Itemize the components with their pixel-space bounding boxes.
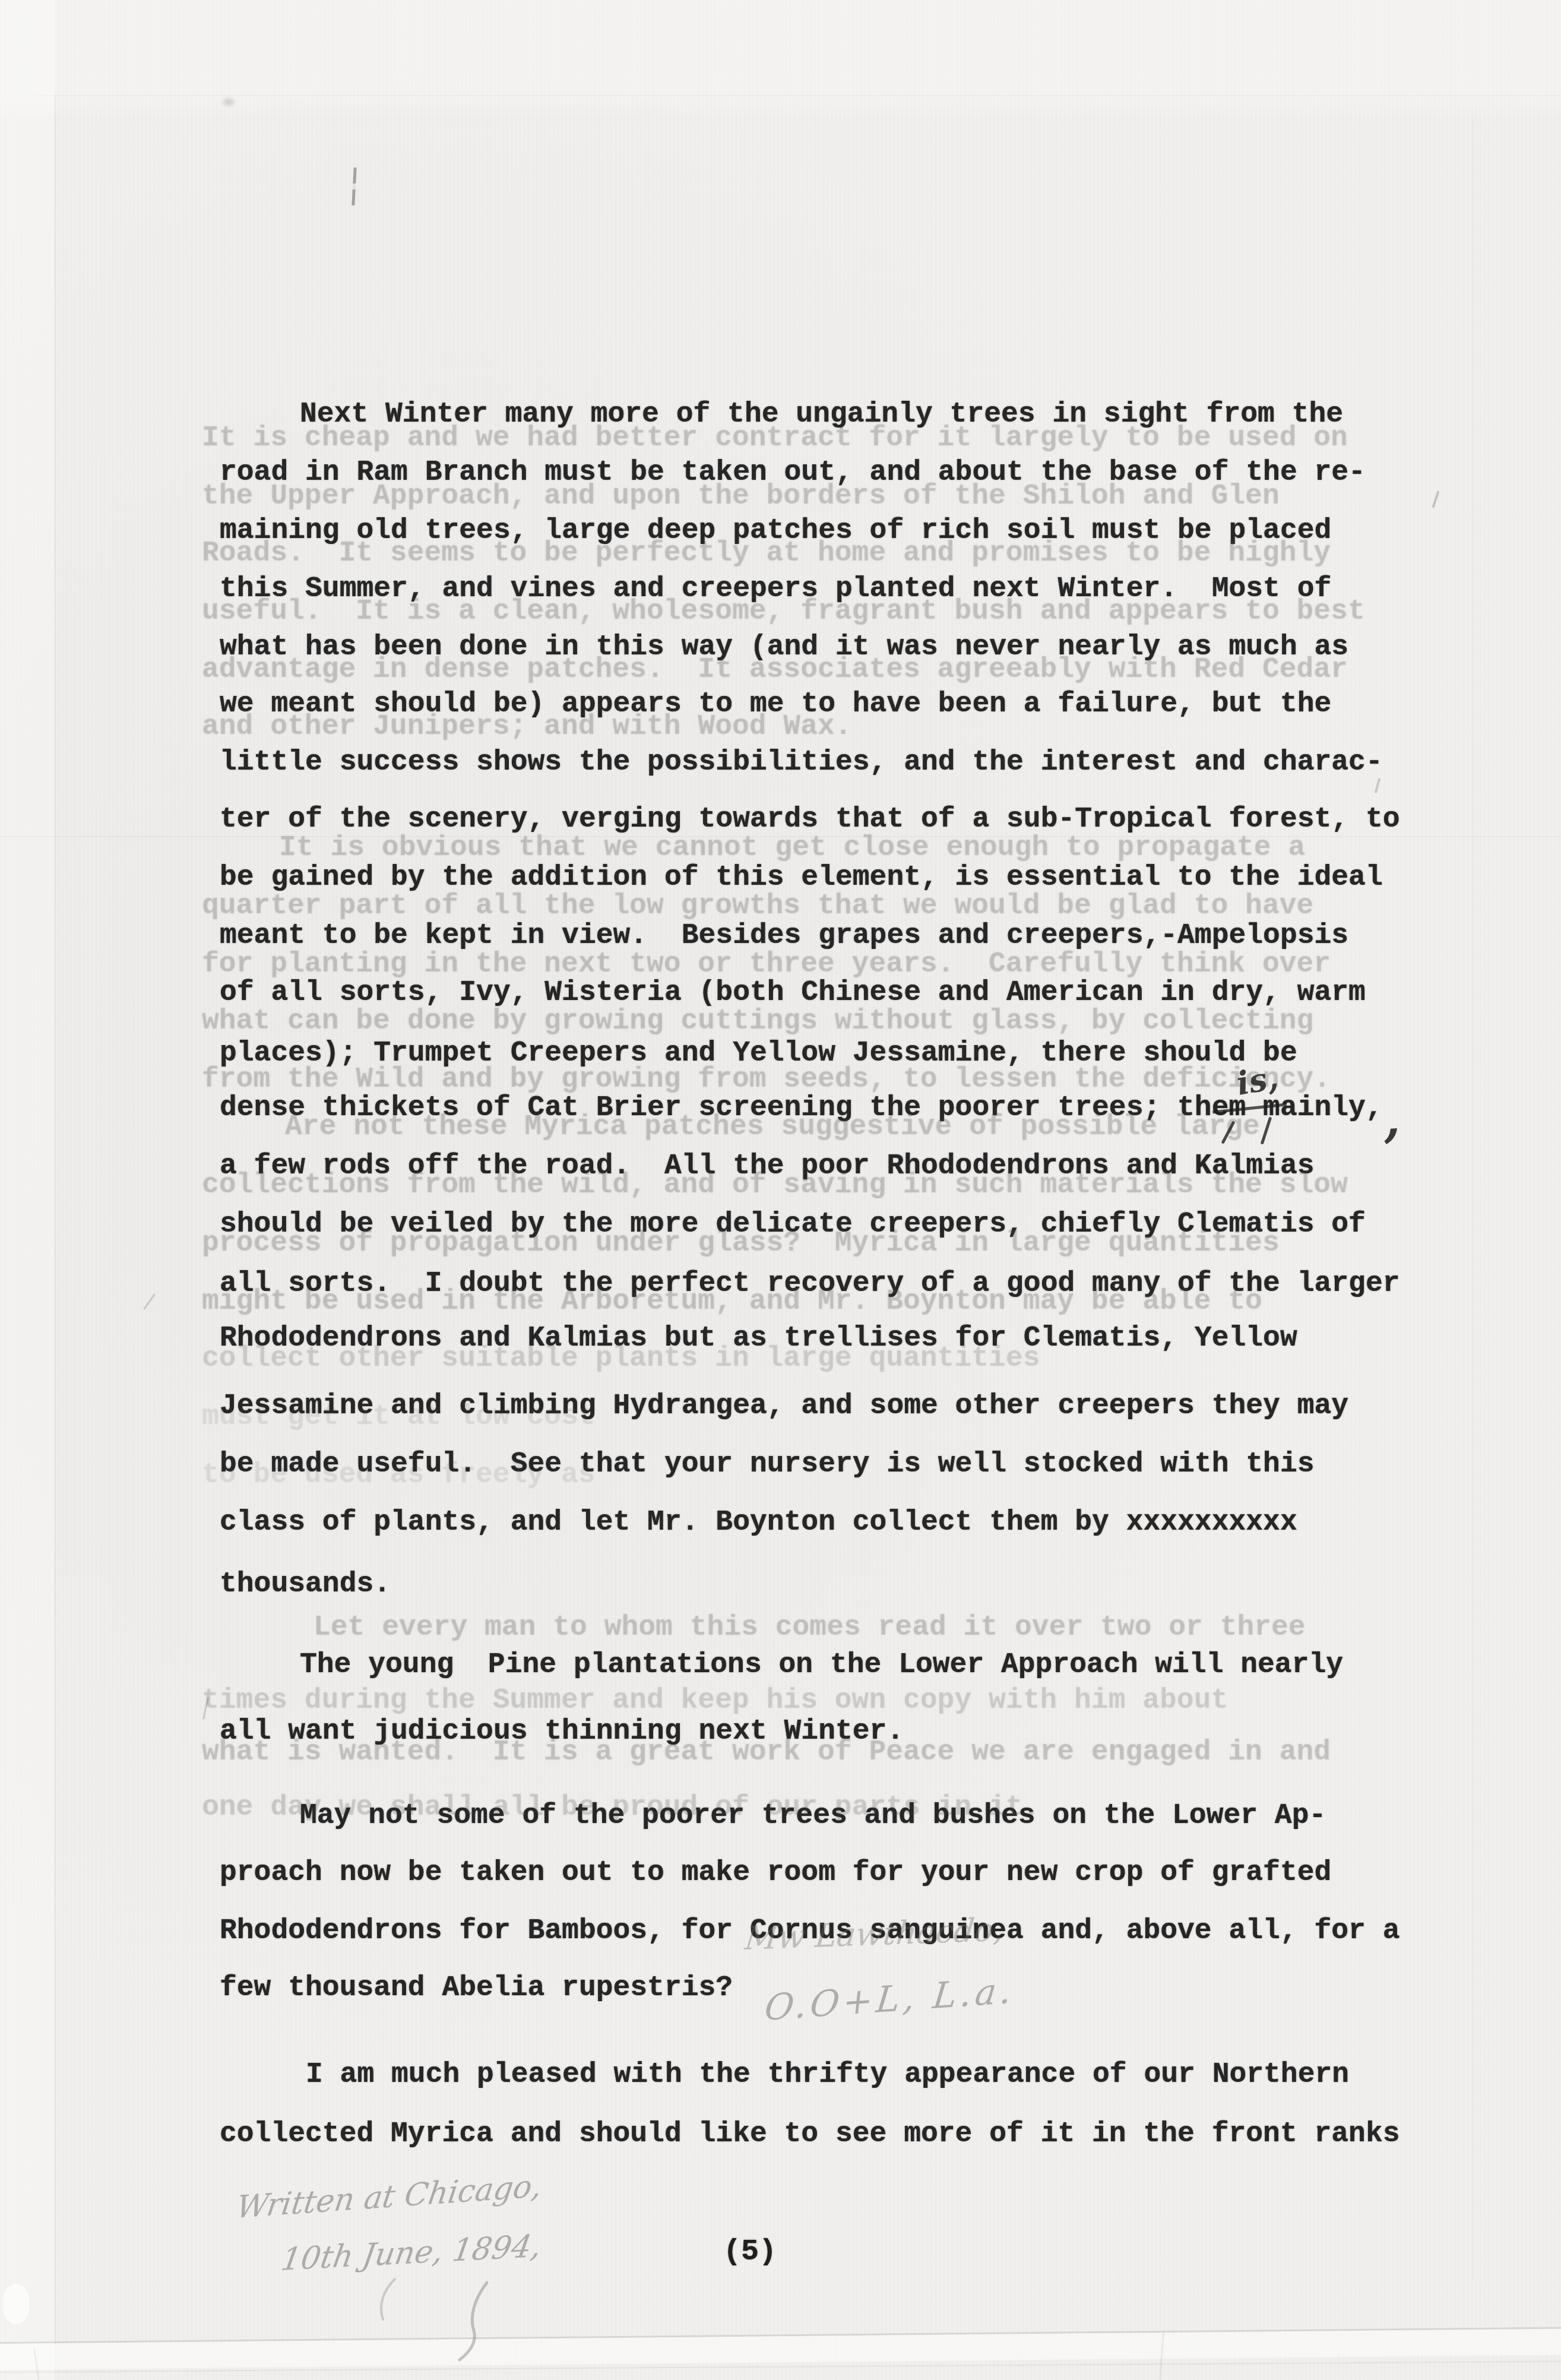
backing-sheet-band bbox=[0, 2328, 1561, 2370]
paper-left-margin bbox=[0, 0, 55, 2380]
typed-line: meant to be kept in view. Besides grapes… bbox=[220, 920, 1348, 952]
typed-line: little success shows the possibilities, … bbox=[220, 747, 1383, 778]
bleed-through-line: what is wanted. It is a great work of Pe… bbox=[202, 1737, 1331, 1768]
bleed-through-line: must get it at low cost bbox=[202, 1401, 596, 1433]
bleed-through-line: Are not these Myrica patches suggestive … bbox=[285, 1112, 1260, 1143]
bleed-through-line: It is cheap and we had better contract f… bbox=[202, 423, 1348, 454]
typed-line: collected Myrica and should like to see … bbox=[220, 2119, 1400, 2150]
pen-stroke-mark bbox=[352, 167, 356, 205]
pencil-script-over-cornus: Mw Lawthacdo, bbox=[743, 1914, 1006, 1955]
paper-top-edge bbox=[36, 95, 1561, 96]
typed-line: ter of the scenery, verging towards that… bbox=[220, 804, 1400, 835]
bleed-through-line: one day we shall all be proud of our par… bbox=[202, 1792, 1040, 1824]
typed-line: be gained by the addition of this elemen… bbox=[220, 862, 1383, 894]
bottom-fold-crease bbox=[1159, 2332, 1164, 2380]
bleed-through-line: advantage in dense patches. It associate… bbox=[202, 654, 1348, 686]
typed-line: thousands. bbox=[220, 1569, 391, 1600]
handwritten-comma: , bbox=[1381, 1095, 1401, 1144]
typed-line: few thousand Abelia rupestris? bbox=[220, 1973, 733, 2004]
pencil-flourish bbox=[365, 2275, 407, 2323]
light-spot bbox=[2, 2284, 30, 2324]
bleed-through-line: what can be done by growing cuttings wit… bbox=[202, 1006, 1313, 1037]
top-smudge bbox=[223, 99, 234, 105]
typed-line: of all sorts, Ivy, Wisteria (both Chines… bbox=[220, 977, 1366, 1009]
handwritten-insertion: is, bbox=[1234, 1061, 1281, 1100]
bleed-through-line: to be used as freely as bbox=[202, 1460, 596, 1491]
pencil-date-note: 10th June, 1894, bbox=[279, 2231, 543, 2275]
bleed-through-line: might be used in the Arboretum, and Mr. … bbox=[202, 1286, 1262, 1318]
bleed-through-line: It is obvious that we cannot get close e… bbox=[279, 833, 1305, 864]
paper-bottom-edge bbox=[0, 2327, 1561, 2344]
paper-left-edge bbox=[55, 95, 56, 2346]
bleed-through-line: process of propagation under glass? Myri… bbox=[202, 1228, 1280, 1259]
bleed-through-line: useful. It is a clean, wholesome, fragra… bbox=[202, 596, 1365, 628]
typed-line: The young Pine plantations on the Lower … bbox=[300, 1650, 1343, 1681]
bleed-through-line: and other Junipers; and with Wood Wax. bbox=[202, 711, 852, 743]
tick-mark-right-mid bbox=[1375, 778, 1381, 793]
bleed-through-line: collect other suitable plants in large q… bbox=[202, 1343, 1040, 1375]
scanned-page: Next Winter many more of the ungainly tr… bbox=[0, 0, 1561, 2380]
tick-mark-right-upper bbox=[1432, 490, 1439, 508]
typed-line: class of plants, and let Mr. Boynton col… bbox=[220, 1507, 1297, 1539]
bleed-through-line: Roads. It seems to be perfectly at home … bbox=[202, 538, 1331, 569]
pencil-flourish bbox=[451, 2280, 523, 2363]
bleed-through-line: collections from the wild, and of saving… bbox=[202, 1170, 1348, 1201]
typed-line: I am much pleased with the thrifty appea… bbox=[306, 2059, 1349, 2091]
bottom-corner-crease bbox=[33, 2349, 39, 2380]
bleed-through-line: the Upper Approach, and upon the borders… bbox=[202, 481, 1280, 512]
pencil-place-note: Written at Chicago, bbox=[235, 2170, 544, 2223]
tick-mark-left bbox=[143, 1293, 156, 1310]
backing-sheet-edge bbox=[0, 2360, 1561, 2373]
pencil-initials: O.O+L, L.a. bbox=[763, 1973, 1017, 2026]
bleed-through-line: times during the Summer and keep his own… bbox=[202, 1685, 1228, 1717]
bleed-through-line: from the Wild and by growing from seeds,… bbox=[202, 1064, 1331, 1096]
bleed-through-line: quarter part of all the low growths that… bbox=[202, 891, 1313, 922]
bleed-through-line: Let every man to whom this comes read it… bbox=[314, 1612, 1306, 1644]
vertical-crease-right bbox=[1473, 119, 1474, 2280]
page-number: (5) bbox=[723, 2237, 777, 2267]
bleed-through-line: for planting in the next two or three ye… bbox=[202, 949, 1331, 980]
typed-line: proach now be taken out to make room for… bbox=[220, 1857, 1331, 1889]
